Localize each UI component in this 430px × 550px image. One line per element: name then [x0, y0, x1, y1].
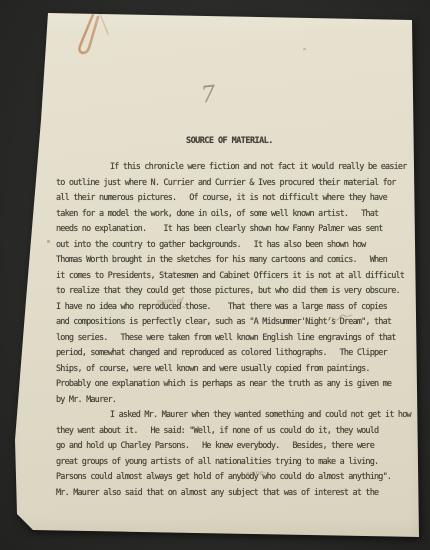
- document-title: SOURCE OF MATERIAL.: [186, 136, 273, 146]
- typed-line: Thomas Worth brought in the sketches for…: [56, 253, 416, 269]
- typed-line: If this chronicle were fiction and not f…: [56, 160, 416, 176]
- handwritten-page-number: 7: [200, 81, 217, 108]
- typed-line: go and hold up Charley Parsons. He knew …: [56, 439, 416, 455]
- typed-line: great groups of young artists of all nat…: [56, 455, 416, 471]
- typed-line: to realize that they could get those pic…: [56, 284, 416, 300]
- typed-line: Probably one explanation which is perhap…: [56, 377, 416, 393]
- photographed-document-scan: 7 SOURCE OF MATERIAL. If this chronicle …: [0, 0, 430, 550]
- typed-line: it comes to Presidents, Statesmen and Ca…: [56, 269, 416, 285]
- typed-line: Mr. Maurer also said that on almost any …: [56, 486, 416, 502]
- paper-speck-red: [47, 240, 50, 243]
- typed-line: to outline just where N. Currier and Cur…: [56, 176, 416, 192]
- typed-line: Parsons could almost always get hold of …: [56, 470, 416, 486]
- typed-line: Ships, of course, were well known and we…: [56, 362, 416, 378]
- typed-line: needs no explanation. It has been clearl…: [56, 222, 416, 238]
- typed-line: by Mr. Maurer.: [56, 393, 416, 409]
- paperclip-rust-stain-icon: [50, 6, 120, 66]
- pencil-scribble-icon: [327, 313, 353, 323]
- typed-line: long series. These were taken from well …: [56, 331, 416, 347]
- typed-line: I asked Mr. Maurer when they wanted some…: [56, 408, 416, 424]
- typed-line: out into the country to gather backgroun…: [56, 238, 416, 254]
- typed-manuscript-page: 7 SOURCE OF MATERIAL. If this chronicle …: [0, 0, 430, 550]
- typed-line: they went about it. He said: "Well, if n…: [56, 424, 416, 440]
- paper-speck: [303, 48, 306, 50]
- typed-line: I have no idea who reproduced those. Tha…: [56, 300, 416, 316]
- typed-line: taken for a model the work, done in oils…: [56, 207, 416, 223]
- pencil-caret-icon: ^: [181, 306, 186, 313]
- typed-line: period, somewhat changed and reproduced …: [56, 346, 416, 362]
- typed-body: If this chronicle were fiction and not f…: [56, 160, 416, 501]
- typed-line: all their numerous pictures. Of course, …: [56, 191, 416, 207]
- typed-line: and compositions is perfectly clear, suc…: [56, 315, 416, 331]
- pencil-correction-some: some-: [246, 468, 266, 477]
- paper-sheet-wrapper: 7 SOURCE OF MATERIAL. If this chronicle …: [0, 0, 430, 550]
